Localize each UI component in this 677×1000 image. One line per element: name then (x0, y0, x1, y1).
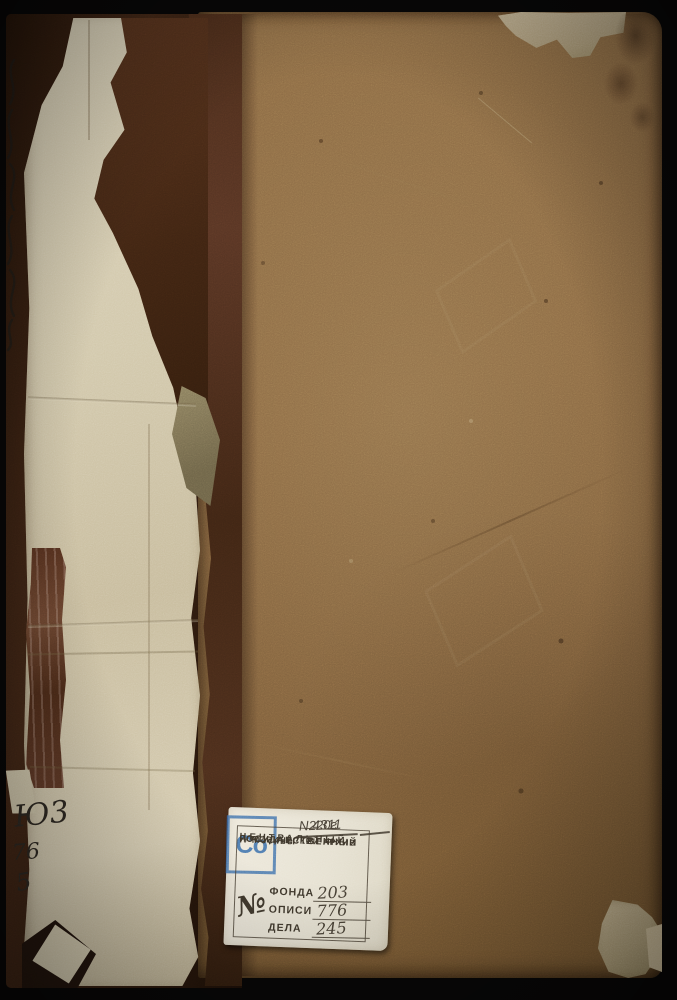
spine-edge-handwriting-strokes (0, 52, 48, 352)
cover-speckles (0, 0, 2, 2)
field-value-handwritten: 203 (317, 884, 348, 901)
handwritten-accession-note: N 4311220г (298, 814, 392, 819)
spine-vertical-crease (148, 424, 150, 810)
field-value-handwritten: 245 (316, 920, 347, 937)
cover-top-right-smudge (596, 14, 662, 134)
spine-glossy-leather-fragment (26, 548, 66, 788)
field-label: ОПИСИ (269, 904, 313, 918)
field-label: ДЕЛА (268, 922, 302, 935)
field-label: ФОНДА (269, 886, 314, 900)
archive-city-line: г. Москвы (239, 834, 296, 846)
archive-label: N 4311220г Со ЦЕНТРАЛЬНЫЙ ГОСУДАРСТВЕННЫ… (223, 807, 392, 951)
field-value-handwritten: 776 (316, 902, 347, 919)
photo-of-archival-book-cover: Ю3 76 5 N 4311220г Со ЦЕНТРАЛЬНЫЙ ГОСУДА… (0, 0, 677, 1000)
spine-vertical-crease (88, 20, 90, 140)
numero-sign: № (234, 887, 269, 923)
spine-handwritten-number: 76 (11, 841, 40, 865)
spine-handwritten-number: Ю3 (13, 797, 71, 833)
